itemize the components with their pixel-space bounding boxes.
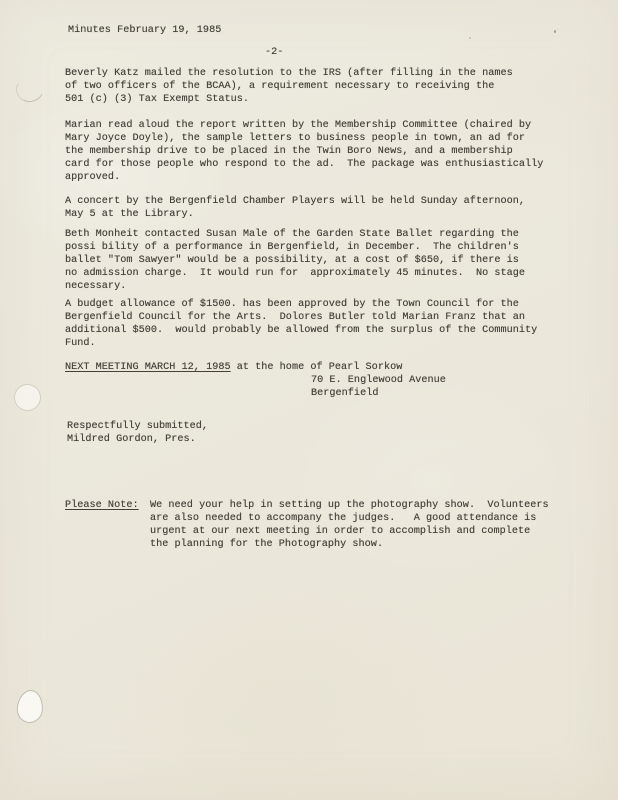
scanned-minutes-page: Minutes February 19, 1985 -2- Beverly Ka… [0,0,618,800]
page-header: Minutes February 19, 1985 [68,24,221,37]
paragraph-membership-report: Marian read aloud the report written by … [65,119,543,184]
next-meeting-location: at the home of Pearl Sorkow [231,362,403,373]
punch-hole-top-mark [13,72,48,105]
paper-speck [352,128,354,130]
paper-speck [554,30,556,33]
paper-speck [469,37,471,39]
punch-hole-middle [14,384,41,411]
paragraph-garden-state-ballet: Beth Monheit contacted Susan Male of the… [65,228,525,293]
page-number: -2- [265,46,283,59]
please-note-text: We need your help in setting up the phot… [150,499,549,551]
next-meeting-address: 70 E. Englewood Avenue Bergenfield [311,374,446,400]
paragraph-irs-resolution: Beverly Katz mailed the resolution to th… [65,67,513,106]
next-meeting-line: NEXT MEETING MARCH 12, 1985 at the home … [65,361,402,374]
punch-hole-bottom [16,689,44,724]
paragraph-budget-allowance: A budget allowance of $1500. has been ap… [65,298,537,350]
paragraph-chamber-players-concert: A concert by the Bergenfield Chamber Pla… [65,195,525,221]
closing-signature: Respectfully submitted, Mildred Gordon, … [67,420,208,446]
next-meeting-date: NEXT MEETING MARCH 12, 1985 [65,362,231,373]
please-note-label: Please Note: [65,499,139,512]
